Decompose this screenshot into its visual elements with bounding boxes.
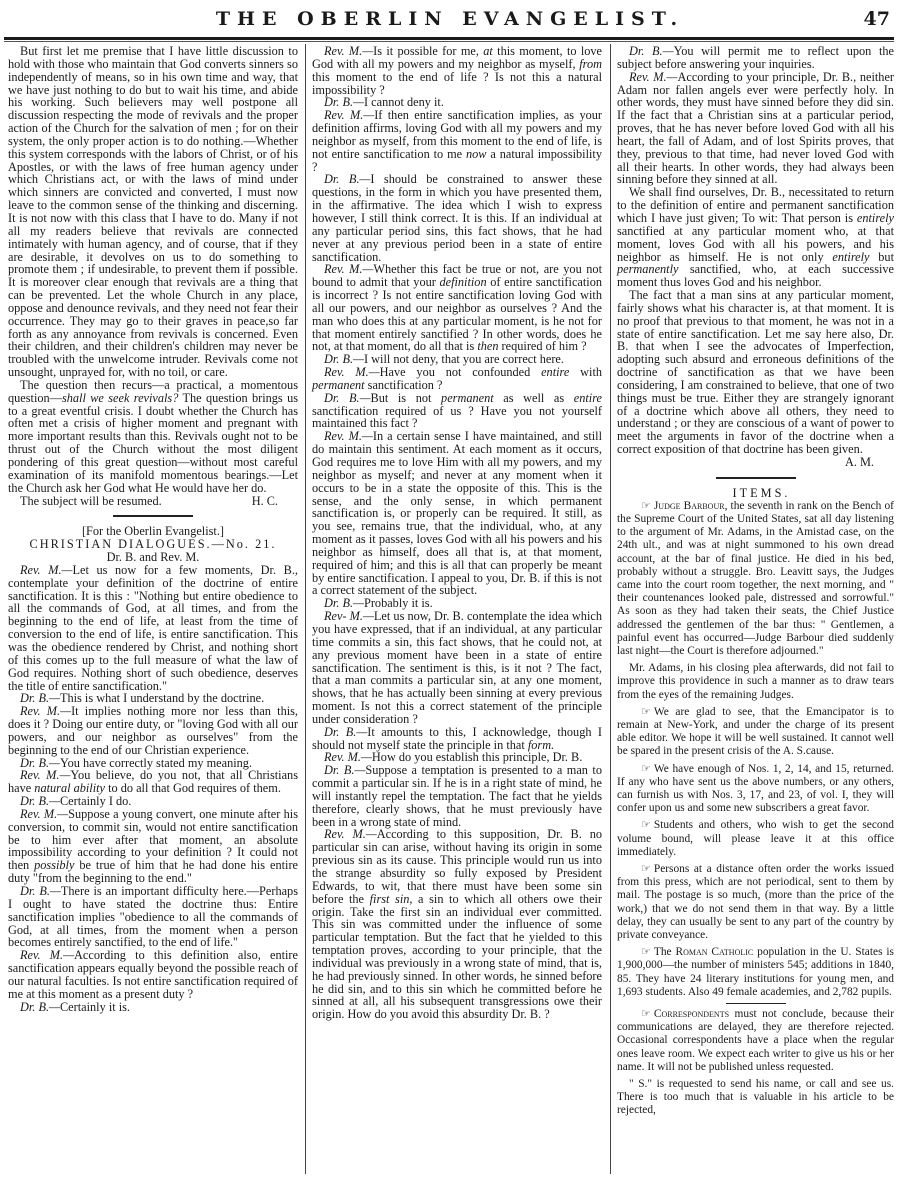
- dialogue-exchange: Dr. B.—Suppose a temptation is presented…: [312, 764, 602, 828]
- pointing-hand-icon: ☞: [629, 500, 651, 513]
- items-heading: ITEMS.: [617, 487, 894, 500]
- correspondents-notice: ☞Correspondents must not conclude, becau…: [617, 1008, 894, 1074]
- section-rule: [113, 515, 193, 517]
- column-1: But first let me premise that I have lit…: [8, 45, 298, 1013]
- dialogue-exchange: Dr. B.—I should be constrained to answer…: [312, 173, 602, 263]
- pointing-hand-icon: ☞: [629, 819, 651, 832]
- list-item: ☞Students and others, who wish to get th…: [617, 819, 894, 859]
- author-signature: H. C.: [252, 495, 278, 508]
- list-item: ☞Persons at a distance often order the w…: [617, 863, 894, 942]
- correspondents-followup: " S." is requested to send his name, or …: [617, 1078, 894, 1118]
- list-item: ☞Judge Barbour, the seventh in rank on t…: [617, 500, 894, 658]
- dialogue-exchange: Rev. M.—It implies nothing more nor less…: [8, 705, 298, 756]
- dialogue-exchange: Dr. B.—It amounts to this, I acknowledge…: [312, 726, 602, 752]
- section-rule: [726, 1003, 786, 1004]
- column-3: Dr. B.—You will permit me to reflect upo…: [617, 45, 894, 1122]
- dialogue-exchange: Rev. M.—You believe, do you not, that al…: [8, 769, 298, 795]
- dialogue-exchange: Rev- M.—Let us now, Dr. B. contemplate t…: [312, 610, 602, 726]
- pointing-hand-icon: ☞: [629, 863, 651, 876]
- list-item-continued: Mr. Adams, in his closing plea afterward…: [617, 662, 894, 702]
- dialogue-exchange: Dr. B.—There is an important difficulty …: [8, 885, 298, 949]
- article-paragraph: The question then recurs—a practical, a …: [8, 379, 298, 495]
- dialogue-exchange: Rev. M.—According to this definition als…: [8, 949, 298, 1000]
- items-list: ☞Judge Barbour, the seventh in rank on t…: [617, 500, 894, 1118]
- newspaper-title: THE OBERLIN EVANGELIST.: [0, 8, 900, 30]
- column-2: Rev. M.—Is it possible for me, at this m…: [312, 45, 602, 1021]
- pointing-hand-icon: ☞: [629, 763, 651, 776]
- header-rule-thin: [4, 41, 894, 42]
- dialogue-exchange: Rev. M.—Have you not confounded entire w…: [312, 366, 602, 392]
- dialogue-exchange: Rev. M.—Let us now for a few moments, Dr…: [8, 564, 298, 692]
- dialogue-exchange: Rev. M.—In a certain sense I have mainta…: [312, 430, 602, 597]
- page-number: 47: [864, 8, 890, 30]
- article-closing: The subject will be resumed. H. C.: [8, 495, 298, 508]
- masthead: THE OBERLIN EVANGELIST. 47: [0, 0, 900, 36]
- pointing-hand-icon: ☞: [629, 706, 651, 719]
- list-item: ☞We are glad to see, that the Emancipato…: [617, 706, 894, 759]
- pointing-hand-icon: ☞: [629, 1008, 651, 1021]
- dialogue-paragraph: The fact that a man sins at any particul…: [617, 289, 894, 456]
- dialogue-exchange: Rev. M.—Is it possible for me, at this m…: [312, 45, 602, 96]
- dialogue-exchange: Rev. M.—According to your principle, Dr.…: [617, 71, 894, 187]
- dialogue-exchange: Rev. M.—Suppose a young convert, one min…: [8, 808, 298, 885]
- section-rule: [716, 477, 796, 479]
- dialogue-exchange: Dr. B.—You will permit me to reflect upo…: [617, 45, 894, 71]
- dialogue-exchange: Dr. B.—Certainly it is.: [8, 1001, 298, 1014]
- dialogue-signature: A. M.: [617, 456, 894, 469]
- pointing-hand-icon: ☞: [629, 946, 651, 959]
- header-rule: [4, 37, 894, 40]
- column-divider: [305, 44, 306, 1174]
- list-item: ☞The Roman Catholic population in the U.…: [617, 946, 894, 999]
- closing-line: The subject will be resumed.: [20, 495, 162, 508]
- dialogue-paragraph: We shall find ourselves, Dr. B., necessi…: [617, 186, 894, 289]
- dialogue-exchange: Rev. M.—Whether this fact be true or not…: [312, 263, 602, 353]
- list-item: ☞We have enough of Nos. 1, 2, 14, and 15…: [617, 763, 894, 816]
- column-divider: [610, 44, 611, 1174]
- article-paragraph: But first let me premise that I have lit…: [8, 45, 298, 379]
- dialogue-exchange: Rev. M.—If then entire sanctification im…: [312, 109, 602, 173]
- dialogue-exchange: Rev. M.—According to this supposition, D…: [312, 828, 602, 1021]
- dialogue-exchange: Dr. B.—But is not permanent as well as e…: [312, 392, 602, 431]
